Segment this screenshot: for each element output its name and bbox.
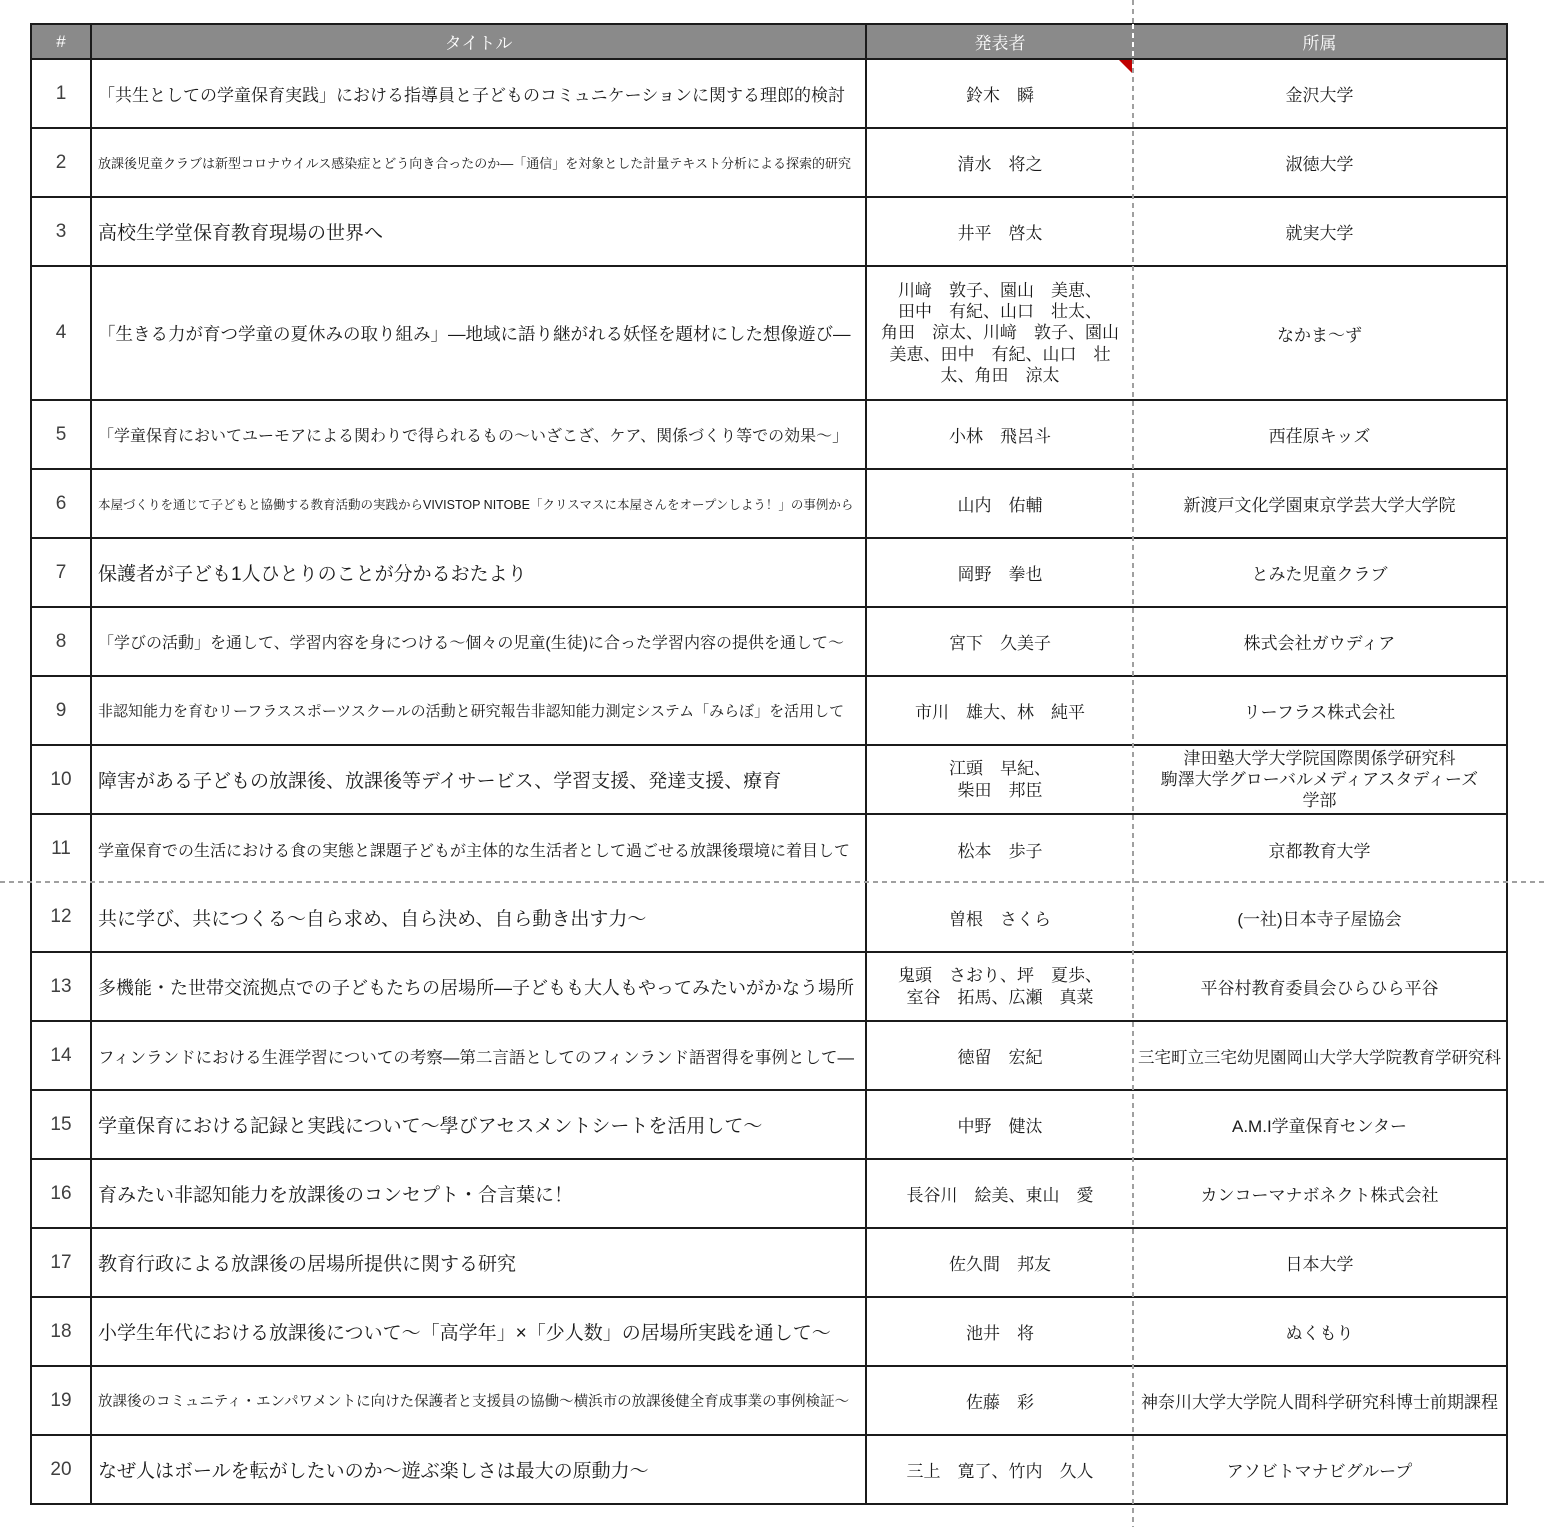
affiliation: 京都教育大学 (1133, 837, 1506, 862)
table-row: 19 放課後のコミュニティ・エンパワメントに向けた保護者と支援員の協働～横浜市の… (31, 1366, 1507, 1435)
title-cell[interactable]: 学童保育における記録と実践について～學びアセスメントシートを活用して～ (91, 1090, 866, 1159)
affiliation-cell[interactable]: 神奈川大学大学院人間科学研究科博士前期課程 (1133, 1366, 1507, 1435)
row-number-cell[interactable]: 11 (31, 814, 91, 883)
presenter-names: 徳留 宏紀 (867, 1043, 1133, 1068)
presenter-names: 鈴木 瞬 (867, 81, 1133, 106)
row-number: 8 (32, 631, 90, 653)
row-number-cell[interactable]: 5 (31, 400, 91, 469)
affiliation-cell[interactable]: なかま～ず (1133, 266, 1507, 400)
presenter-cell[interactable]: 小林 飛呂斗 (866, 400, 1133, 469)
presentation-title: 本屋づくりを通じて子どもと協働する教育活動の実践からVIVISTOP NITOB… (92, 495, 865, 513)
presenter-cell[interactable]: 三上 寛了、竹内 久人 (866, 1435, 1133, 1504)
column-header-title-label: タイトル (92, 29, 865, 54)
presentation-title: 「学童保育においてユーモアによる関わりで得られるもの～いざこざ、ケア、関係づくり… (92, 423, 865, 446)
affiliation-cell[interactable]: アソビトマナビグループ (1133, 1435, 1507, 1504)
row-number: 13 (32, 976, 90, 998)
presenter-names: 佐久間 邦友 (867, 1250, 1133, 1275)
presentation-title: 教育行政による放課後の居場所提供に関する研究 (92, 1249, 865, 1276)
row-number-cell[interactable]: 16 (31, 1159, 91, 1228)
presenter-cell[interactable]: 長谷川 絵美、東山 愛 (866, 1159, 1133, 1228)
presenter-cell[interactable]: 川﨑 敦子、園山 美恵、 田中 有紀、山口 壮太、 角田 涼太、川﨑 敦子、園山… (866, 266, 1133, 400)
affiliation-cell[interactable]: リーフラス株式会社 (1133, 676, 1507, 745)
row-number-cell[interactable]: 12 (31, 883, 91, 952)
affiliation: 淑徳大学 (1133, 150, 1506, 175)
affiliation: とみた児童クラブ (1133, 560, 1506, 585)
column-header-presenter-label: 発表者 (867, 29, 1133, 54)
row-number-cell[interactable]: 14 (31, 1021, 91, 1090)
affiliation-cell[interactable]: 西荏原キッズ (1133, 400, 1507, 469)
title-cell[interactable]: 共に学び、共につくる～自ら求め、自ら決め、自ら動き出す力～ (91, 883, 866, 952)
affiliation: 就実大学 (1133, 219, 1506, 244)
row-number-cell[interactable]: 8 (31, 607, 91, 676)
row-number: 11 (32, 838, 90, 860)
presenter-cell[interactable]: 鈴木 瞬 (866, 59, 1133, 128)
table-row: 2 放課後児童クラブは新型コロナウイルス感染症とどう向き合ったのか―「通信」を対… (31, 128, 1507, 197)
presentation-title: 放課後のコミュニティ・エンパワメントに向けた保護者と支援員の協働～横浜市の放課後… (92, 1390, 865, 1411)
affiliation-cell[interactable]: 株式会社ガウディア (1133, 607, 1507, 676)
presenter-cell[interactable]: 江頭 早紀、 柴田 邦臣 (866, 745, 1133, 814)
presentation-title: 保護者が子ども1人ひとりのことが分かるおたより (92, 559, 865, 586)
presentation-title: なぜ人はボールを転がしたいのか～遊ぶ楽しさは最大の原動力～ (92, 1456, 865, 1483)
affiliation: ぬくもり (1133, 1319, 1506, 1344)
presenter-names: 小林 飛呂斗 (867, 422, 1133, 447)
presentation-title: 非認知能力を育むリーフラススポーツスクールの活動と研究報告非認知能力測定システム… (92, 700, 865, 721)
presenter-names: 松本 歩子 (867, 837, 1133, 862)
affiliation: なかま～ず (1133, 321, 1506, 346)
affiliation: 三宅町立三宅幼児園岡山大学大学院教育学研究科 (1133, 1044, 1506, 1068)
row-number: 19 (32, 1390, 90, 1412)
row-number-cell[interactable]: 2 (31, 128, 91, 197)
affiliation: 株式会社ガウディア (1133, 629, 1506, 654)
row-number-cell[interactable]: 17 (31, 1228, 91, 1297)
row-number-cell[interactable]: 7 (31, 538, 91, 607)
title-cell[interactable]: 放課後のコミュニティ・エンパワメントに向けた保護者と支援員の協働～横浜市の放課後… (91, 1366, 866, 1435)
affiliation: 新渡戸文化学園東京学芸大学大学院 (1133, 491, 1506, 516)
presentation-table: # タイトル 発表者 所属 1 「共生としての学童保育実践」における指導員と子ど… (30, 23, 1508, 1505)
table-row: 10 障害がある子どもの放課後、放課後等デイサービス、学習支援、発達支援、療育 … (31, 745, 1507, 814)
presentation-title: 小学生年代における放課後について～「高学年」×「少人数」の居場所実践を通して～ (92, 1318, 865, 1345)
presentation-title: 多機能・た世帯交流拠点での子どもたちの居場所―子どもも大人もやってみたいがかなう… (92, 974, 865, 1000)
affiliation: 津田塾大学大学院国際関係学研究科 駒澤大学グローバルメディアスタディーズ 学部 (1133, 748, 1506, 811)
presenter-names: 岡野 拳也 (867, 560, 1133, 585)
title-cell[interactable]: 「学びの活動」を通して、学習内容を身につける～個々の児童(生徒)に合った学習内容… (91, 607, 866, 676)
affiliation-cell[interactable]: 金沢大学 (1133, 59, 1507, 128)
affiliation: カンコーマナボネクト株式会社 (1133, 1181, 1506, 1206)
column-header-number[interactable]: # (31, 24, 91, 59)
presenter-cell[interactable]: 清水 将之 (866, 128, 1133, 197)
row-number: 12 (32, 906, 90, 928)
row-number: 14 (32, 1045, 90, 1067)
horizontal-page-break-line[interactable] (0, 881, 1545, 883)
presentation-title: 学童保育における記録と実践について～學びアセスメントシートを活用して～ (92, 1111, 865, 1138)
presenter-cell[interactable]: 市川 雄大、林 純平 (866, 676, 1133, 745)
presentation-title: 高校生学堂保育教育現場の世界へ (92, 218, 865, 245)
affiliation: アソビトマナビグループ (1133, 1457, 1506, 1482)
presenter-names: 山内 佑輔 (867, 491, 1133, 516)
affiliation-cell[interactable]: 日本大学 (1133, 1228, 1507, 1297)
row-number-cell[interactable]: 18 (31, 1297, 91, 1366)
table-row: 8 「学びの活動」を通して、学習内容を身につける～個々の児童(生徒)に合った学習… (31, 607, 1507, 676)
affiliation: 西荏原キッズ (1133, 422, 1506, 447)
table-row: 20 なぜ人はボールを転がしたいのか～遊ぶ楽しさは最大の原動力～ 三上 寛了、竹… (31, 1435, 1507, 1504)
presenter-cell[interactable]: 鬼頭 さおり、坪 夏歩、 室谷 拓馬、広瀬 真菜 (866, 952, 1133, 1021)
table-row: 4 「生きる力が育つ学童の夏休みの取り組み」―地域に語り継がれる妖怪を題材にした… (31, 266, 1507, 400)
table-row: 5 「学童保育においてユーモアによる関わりで得られるもの～いざこざ、ケア、関係づ… (31, 400, 1507, 469)
table-row: 15 学童保育における記録と実践について～學びアセスメントシートを活用して～ 中… (31, 1090, 1507, 1159)
title-cell[interactable]: 学童保育での生活における食の実態と課題子どもが主体的な生活者として過ごせる放課後… (91, 814, 866, 883)
affiliation: A.M.I学童保育センター (1133, 1112, 1506, 1137)
presenter-names: 井平 啓太 (867, 219, 1133, 244)
presenter-cell[interactable]: 佐久間 邦友 (866, 1228, 1133, 1297)
column-header-title[interactable]: タイトル (91, 24, 866, 59)
row-number: 4 (32, 322, 90, 344)
presenter-names: 池井 将 (867, 1319, 1133, 1344)
title-cell[interactable]: 高校生学堂保育教育現場の世界へ (91, 197, 866, 266)
presenter-cell[interactable]: 宮下 久美子 (866, 607, 1133, 676)
title-cell[interactable]: 非認知能力を育むリーフラススポーツスクールの活動と研究報告非認知能力測定システム… (91, 676, 866, 745)
row-number: 10 (32, 769, 90, 791)
row-number: 6 (32, 493, 90, 515)
title-cell[interactable]: 多機能・た世帯交流拠点での子どもたちの居場所―子どもも大人もやってみたいがかなう… (91, 952, 866, 1021)
row-number-cell[interactable]: 13 (31, 952, 91, 1021)
table-row: 7 保護者が子ども1人ひとりのことが分かるおたより 岡野 拳也 とみた児童クラブ (31, 538, 1507, 607)
vertical-page-break-line-body[interactable] (1132, 59, 1134, 1527)
affiliation: 日本大学 (1133, 1250, 1506, 1275)
table-row: 14 フィンランドにおける生涯学習についての考察―第二言語としてのフィンランド語… (31, 1021, 1507, 1090)
presenter-names: 長谷川 絵美、東山 愛 (867, 1181, 1133, 1206)
row-number-cell[interactable]: 1 (31, 59, 91, 128)
affiliation-cell[interactable]: 淑徳大学 (1133, 128, 1507, 197)
title-cell[interactable]: 本屋づくりを通じて子どもと協働する教育活動の実践からVIVISTOP NITOB… (91, 469, 866, 538)
vertical-page-break-line-header[interactable] (1132, 24, 1134, 59)
affiliation: 金沢大学 (1133, 81, 1506, 106)
row-number: 5 (32, 424, 90, 446)
affiliation: 平谷村教育委員会ひらひら平谷 (1133, 974, 1506, 999)
affiliation-cell[interactable]: とみた児童クラブ (1133, 538, 1507, 607)
affiliation-cell[interactable]: ぬくもり (1133, 1297, 1507, 1366)
table-row: 3 高校生学堂保育教育現場の世界へ 井平 啓太 就実大学 (31, 197, 1507, 266)
row-number-cell[interactable]: 15 (31, 1090, 91, 1159)
row-number: 18 (32, 1321, 90, 1343)
row-number-cell[interactable]: 9 (31, 676, 91, 745)
affiliation-cell[interactable]: カンコーマナボネクト株式会社 (1133, 1159, 1507, 1228)
affiliation-cell[interactable]: 平谷村教育委員会ひらひら平谷 (1133, 952, 1507, 1021)
presenter-names: 鬼頭 さおり、坪 夏歩、 室谷 拓馬、広瀬 真菜 (867, 965, 1133, 1007)
title-cell[interactable]: 「共生としての学童保育実践」における指導員と子どものコミュニケーションに関する理… (91, 59, 866, 128)
affiliation-cell[interactable]: (一社)日本寺子屋協会 (1133, 883, 1507, 952)
presenter-cell[interactable]: 曽根 さくら (866, 883, 1133, 952)
title-cell[interactable]: 「学童保育においてユーモアによる関わりで得られるもの～いざこざ、ケア、関係づくり… (91, 400, 866, 469)
presenter-names: 江頭 早紀、 柴田 邦臣 (867, 758, 1133, 800)
column-header-presenter[interactable]: 発表者 (866, 24, 1133, 59)
presentation-title: フィンランドにおける生涯学習についての考察―第二言語としてのフィンランド語習得を… (92, 1044, 865, 1068)
presenter-cell[interactable]: 中野 健汰 (866, 1090, 1133, 1159)
presentation-title: 放課後児童クラブは新型コロナウイルス感染症とどう向き合ったのか―「通信」を対象と… (92, 153, 865, 172)
table-row: 12 共に学び、共につくる～自ら求め、自ら決め、自ら動き出す力～ 曽根 さくら … (31, 883, 1507, 952)
presenter-names: 市川 雄大、林 純平 (867, 698, 1133, 723)
row-number-cell[interactable]: 6 (31, 469, 91, 538)
row-number: 1 (32, 83, 90, 105)
row-number: 17 (32, 1252, 90, 1274)
row-number: 9 (32, 700, 90, 722)
affiliation-cell[interactable]: A.M.I学童保育センター (1133, 1090, 1507, 1159)
affiliation: 神奈川大学大学院人間科学研究科博士前期課程 (1133, 1388, 1506, 1413)
presentation-title: 共に学び、共につくる～自ら求め、自ら決め、自ら動き出す力～ (92, 904, 865, 931)
presentation-title: 育みたい非認知能力を放課後のコンセプト・合言葉に！ (92, 1180, 865, 1207)
presenter-names: 曽根 さくら (867, 905, 1133, 930)
affiliation-cell[interactable]: 三宅町立三宅幼児園岡山大学大学院教育学研究科 (1133, 1021, 1507, 1090)
presenter-cell[interactable]: 池井 将 (866, 1297, 1133, 1366)
row-number: 2 (32, 152, 90, 174)
table-row: 11 学童保育での生活における食の実態と課題子どもが主体的な生活者として過ごせる… (31, 814, 1507, 883)
header-row: # タイトル 発表者 所属 (31, 24, 1507, 59)
row-number: 16 (32, 1183, 90, 1205)
presenter-names: 清水 将之 (867, 150, 1133, 175)
table-row: 6 本屋づくりを通じて子どもと協働する教育活動の実践からVIVISTOP NIT… (31, 469, 1507, 538)
affiliation-cell[interactable]: 津田塾大学大学院国際関係学研究科 駒澤大学グローバルメディアスタディーズ 学部 (1133, 745, 1507, 814)
spreadsheet-area: # タイトル 発表者 所属 1 「共生としての学童保育実践」における指導員と子ど… (30, 23, 1508, 1505)
affiliation: リーフラス株式会社 (1133, 698, 1506, 723)
row-number-cell[interactable]: 19 (31, 1366, 91, 1435)
presentation-title: 「学びの活動」を通して、学習内容を身につける～個々の児童(生徒)に合った学習内容… (92, 630, 865, 653)
table-row: 9 非認知能力を育むリーフラススポーツスクールの活動と研究報告非認知能力測定シス… (31, 676, 1507, 745)
row-number: 20 (32, 1459, 90, 1481)
table-row: 13 多機能・た世帯交流拠点での子どもたちの居場所―子どもも大人もやってみたいが… (31, 952, 1507, 1021)
title-cell[interactable]: 保護者が子ども1人ひとりのことが分かるおたより (91, 538, 866, 607)
title-cell[interactable]: 障害がある子どもの放課後、放課後等デイサービス、学習支援、発達支援、療育 (91, 745, 866, 814)
table-row: 17 教育行政による放課後の居場所提供に関する研究 佐久間 邦友 日本大学 (31, 1228, 1507, 1297)
row-number-cell[interactable]: 10 (31, 745, 91, 814)
column-header-affiliation[interactable]: 所属 (1133, 24, 1507, 59)
table-row: 18 小学生年代における放課後について～「高学年」×「少人数」の居場所実践を通し… (31, 1297, 1507, 1366)
title-cell[interactable]: なぜ人はボールを転がしたいのか～遊ぶ楽しさは最大の原動力～ (91, 1435, 866, 1504)
title-cell[interactable]: 「生きる力が育つ学童の夏休みの取り組み」―地域に語り継がれる妖怪を題材にした想像… (91, 266, 866, 400)
presenter-names: 中野 健汰 (867, 1112, 1133, 1137)
row-number-cell[interactable]: 20 (31, 1435, 91, 1504)
title-cell[interactable]: 育みたい非認知能力を放課後のコンセプト・合言葉に！ (91, 1159, 866, 1228)
title-cell[interactable]: 小学生年代における放課後について～「高学年」×「少人数」の居場所実践を通して～ (91, 1297, 866, 1366)
row-number: 3 (32, 221, 90, 243)
row-number-cell[interactable]: 4 (31, 266, 91, 400)
presenter-cell[interactable]: 岡野 拳也 (866, 538, 1133, 607)
presenter-names: 三上 寛了、竹内 久人 (867, 1457, 1133, 1482)
presenter-cell[interactable]: 松本 歩子 (866, 814, 1133, 883)
table-row: 1 「共生としての学童保育実践」における指導員と子どものコミュニケーションに関す… (31, 59, 1507, 128)
presenter-cell[interactable]: 佐藤 彩 (866, 1366, 1133, 1435)
presenter-names: 宮下 久美子 (867, 629, 1133, 654)
affiliation-cell[interactable]: 京都教育大学 (1133, 814, 1507, 883)
affiliation-cell[interactable]: 就実大学 (1133, 197, 1507, 266)
row-number-cell[interactable]: 3 (31, 197, 91, 266)
presentation-title: 学童保育での生活における食の実態と課題子どもが主体的な生活者として過ごせる放課後… (92, 838, 865, 861)
presentation-title: 「共生としての学童保育実践」における指導員と子どものコミュニケーションに関する理… (92, 81, 865, 106)
presenter-names: 川﨑 敦子、園山 美恵、 田中 有紀、山口 壮太、 角田 涼太、川﨑 敦子、園山… (867, 280, 1133, 385)
presenter-cell[interactable]: 徳留 宏紀 (866, 1021, 1133, 1090)
presenter-names: 佐藤 彩 (867, 1388, 1133, 1413)
table-row: 16 育みたい非認知能力を放課後のコンセプト・合言葉に！ 長谷川 絵美、東山 愛… (31, 1159, 1507, 1228)
affiliation-cell[interactable]: 新渡戸文化学園東京学芸大学大学院 (1133, 469, 1507, 538)
presentation-title: 障害がある子どもの放課後、放課後等デイサービス、学習支援、発達支援、療育 (92, 766, 865, 793)
column-header-affiliation-label: 所属 (1133, 29, 1506, 54)
presenter-cell[interactable]: 山内 佑輔 (866, 469, 1133, 538)
vertical-page-break-line[interactable] (1132, 0, 1134, 24)
presenter-cell[interactable]: 井平 啓太 (866, 197, 1133, 266)
presentation-title: 「生きる力が育つ学童の夏休みの取り組み」―地域に語り継がれる妖怪を題材にした想像… (92, 321, 865, 346)
column-header-number-label: # (32, 32, 90, 52)
title-cell[interactable]: 教育行政による放課後の居場所提供に関する研究 (91, 1228, 866, 1297)
title-cell[interactable]: 放課後児童クラブは新型コロナウイルス感染症とどう向き合ったのか―「通信」を対象と… (91, 128, 866, 197)
title-cell[interactable]: フィンランドにおける生涯学習についての考察―第二言語としてのフィンランド語習得を… (91, 1021, 866, 1090)
row-number: 15 (32, 1114, 90, 1136)
row-number: 7 (32, 562, 90, 584)
affiliation: (一社)日本寺子屋協会 (1133, 905, 1506, 930)
